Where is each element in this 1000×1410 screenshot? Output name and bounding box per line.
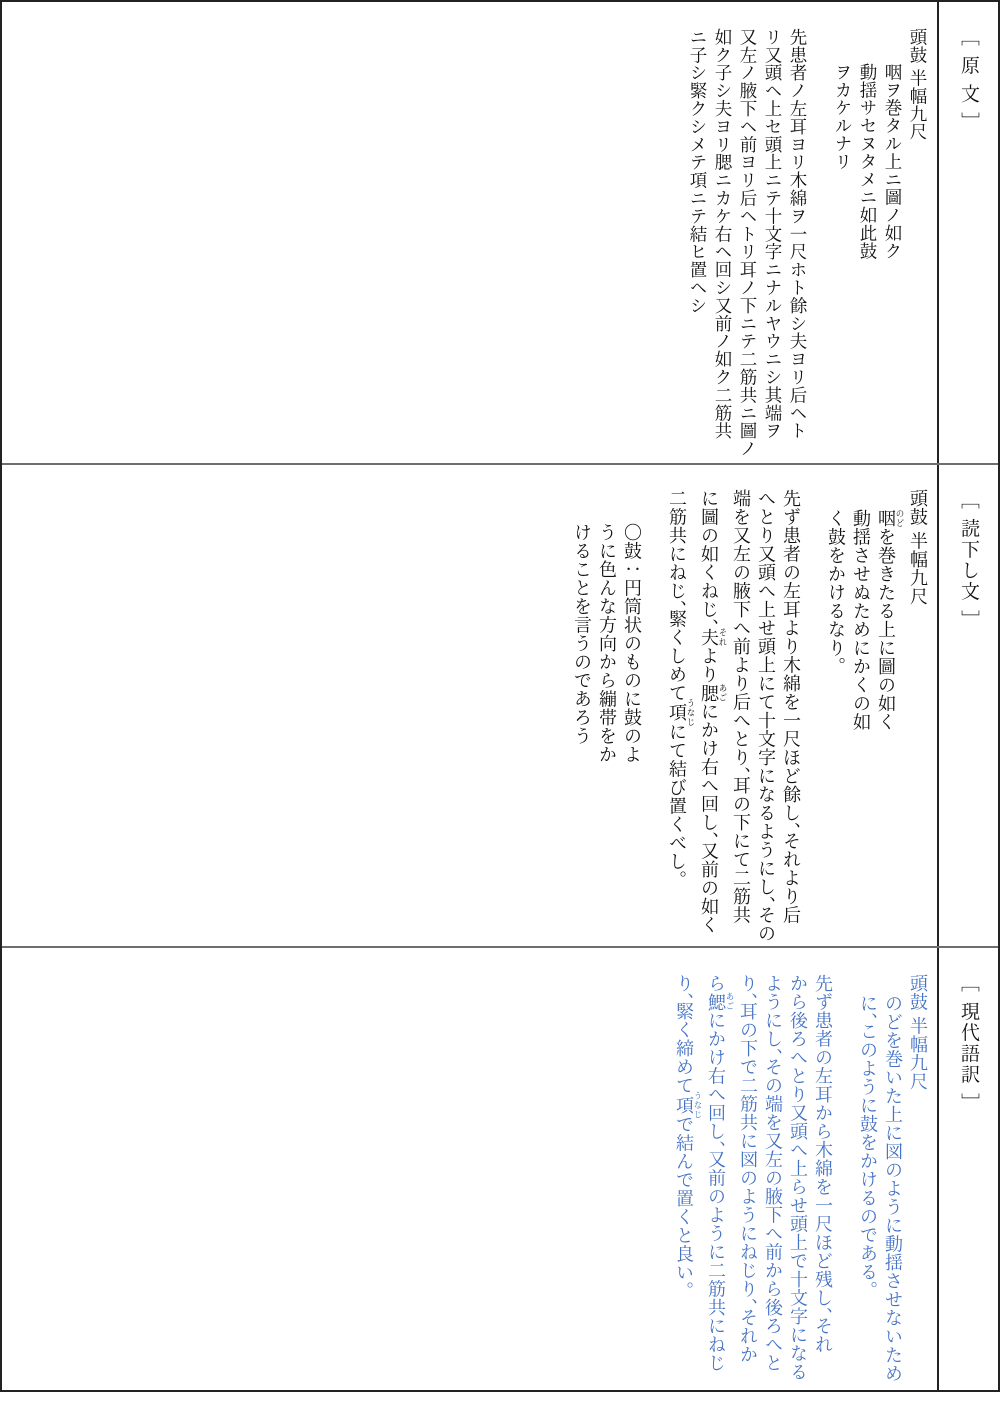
- punctuation: 。: [826, 657, 846, 667]
- punctuation: 、: [699, 832, 719, 842]
- punctuation: 、: [699, 619, 719, 629]
- punctuation: 、: [738, 993, 758, 1003]
- text-line: うに色んな方向から繃帯をか: [594, 489, 619, 940]
- blank-line: [835, 974, 855, 1384]
- punctuation: 、: [763, 1048, 783, 1058]
- punctuation: 。: [667, 871, 687, 881]
- section-modern: 頭鼓 半幅九尺のどを巻いた上に図のように動揺させないために、このように鼓をかける…: [2, 946, 998, 1390]
- text-line: 先患者ノ左耳ヨリ木綿ヲ一尺ホト餘シ夫ヨリ后ヘト: [785, 28, 810, 457]
- punctuation: 、: [858, 1012, 878, 1022]
- punctuation: 、: [781, 822, 801, 832]
- furigana: うなじ: [693, 1091, 703, 1120]
- punctuation: 、: [756, 896, 776, 906]
- original-label-column: ［ 原 文 ］: [937, 2, 998, 463]
- original-text: 頭鼓 半幅九尺咽ヲ巻タル上ニ圖ノ如ク動揺サセヌタメニ如此鼓ヲカケルナリ 先患者ノ…: [2, 2, 937, 463]
- text-line: リ又頭ヘ上セ頭上ニテ十文字ニナルヤウニシ其端ヲ: [760, 28, 785, 457]
- reading-label: ［ 読下し文 ］: [955, 465, 982, 631]
- ruby-term: 項うなじ: [674, 1095, 694, 1116]
- text-line: 二筋共にねじ、緊くしめて項うなじにて結び置くべし。: [664, 489, 696, 940]
- text-line: ヲカケルナリ: [830, 28, 855, 457]
- furigana: それ: [718, 628, 728, 647]
- text-line: のどを巻いた上に図のように動揺させないため: [880, 974, 905, 1384]
- ruby-term: 鰓あご: [706, 993, 726, 1012]
- modern-label: ［ 現代語訳 ］: [955, 948, 982, 1114]
- text-line: 端を又左の腋下へ前より后へとり、耳の下にて二筋共: [728, 489, 753, 940]
- document-page: 頭鼓 半幅九尺咽ヲ巻タル上ニ圖ノ如ク動揺サセヌタメニ如此鼓ヲカケルナリ 先患者ノ…: [0, 0, 1000, 1392]
- modern-translation-text: 頭鼓 半幅九尺のどを巻いた上に図のように動揺させないために、このように鼓をかける…: [2, 948, 937, 1390]
- punctuation: 、: [674, 993, 694, 1003]
- reading-label-column: ［ 読下し文 ］: [937, 465, 998, 946]
- text-line: に圖の如くねじ、夫それより腮あごにかけ右へ回し、又前の如く: [696, 489, 728, 940]
- text-line: 動揺させぬためにかくの如: [848, 489, 873, 940]
- punctuation: 、: [731, 767, 751, 777]
- text-line: から後ろへとり又頭へ上らせ頭上で十文字になる: [785, 974, 810, 1384]
- text-line: 動揺サセヌタメニ如此鼓: [855, 28, 880, 457]
- original-label: ［ 原 文 ］: [955, 2, 982, 133]
- text-line: けることを言うのであろう: [569, 489, 594, 940]
- text-line: へとり又頭へ上せ頭上にて十文字になるようにし、その: [753, 489, 778, 940]
- reading-text: 頭鼓 半幅九尺咽のどを巻きたる上に圖の如く動揺させぬためにかくの如く鼓をかけるな…: [2, 465, 937, 946]
- punctuation: 、: [706, 1141, 726, 1151]
- section-original: 頭鼓 半幅九尺咽ヲ巻タル上ニ圖ノ如ク動揺サセヌタメニ如此鼓ヲカケルナリ 先患者ノ…: [2, 2, 998, 463]
- text-line: 頭鼓 半幅九尺: [905, 974, 930, 1384]
- screenshot-root: { "page": { "background": "#ffffff", "ou…: [0, 0, 1000, 1410]
- blank-line: [803, 489, 823, 940]
- ruby-term: 腮あご: [699, 684, 719, 703]
- furigana: あご: [718, 684, 728, 703]
- text-line: 頭鼓 半幅九尺: [905, 489, 930, 940]
- furigana: のど: [895, 509, 905, 528]
- ruby-term: 夫それ: [699, 628, 719, 647]
- text-line: り、緊く締めて項うなじで結んで置くと良い。: [671, 974, 703, 1384]
- ruby-term: 項うなじ: [667, 702, 687, 723]
- blank-line: [644, 489, 664, 940]
- ruby-term: 咽のど: [876, 509, 896, 528]
- text-line: 咽ヲ巻タル上ニ圖ノ如ク: [880, 28, 905, 457]
- text-line: 〇鼓：円筒状のものに鼓のよ: [619, 489, 644, 940]
- text-line: く鼓をかけるなり。: [823, 489, 848, 940]
- furigana: うなじ: [686, 698, 696, 727]
- section-reading: 頭鼓 半幅九尺咽のどを巻きたる上に圖の如く動揺させぬためにかくの如く鼓をかけるな…: [2, 463, 998, 946]
- text-line: 先ず患者の左耳から木綿を一尺ほど残し、それ: [810, 974, 835, 1384]
- punctuation: 、: [667, 600, 687, 610]
- punctuation: 、: [813, 1307, 833, 1317]
- text-line: ら鰓あごにかけ右へ回し、又前のように二筋共にねじ: [703, 974, 735, 1384]
- punctuation: 。: [858, 1281, 878, 1291]
- text-line: 先ず患者の左耳より木綿を一尺ほど餘し、それより后: [778, 489, 803, 940]
- modern-label-column: ［ 現代語訳 ］: [937, 948, 998, 1390]
- blank-line: [810, 28, 830, 457]
- text-line: 咽のどを巻きたる上に圖の如く: [873, 489, 905, 940]
- text-line: に、このように鼓をかけるのである。: [855, 974, 880, 1384]
- text-line: り、耳の下で二筋共に図のようにねじり、それか: [735, 974, 760, 1384]
- text-line: ニ子シ緊クシメテ項ニテ結ヒ置ヘシ: [685, 28, 710, 457]
- text-line: 又左ノ腋下ヘ前ヨリ后ヘトリ耳ノ下ニテ二筋共ニ圖ノ: [735, 28, 760, 457]
- text-line: 頭鼓 半幅九尺: [905, 28, 930, 457]
- furigana: あご: [725, 992, 735, 1011]
- text-line: ようにし、その端を又左の腋下へ前から後ろへと: [760, 974, 785, 1384]
- text-line: 如ク子シ夫ヨリ腮ニカケ右ヘ回シ又前ノ如ク二筋共: [710, 28, 735, 457]
- punctuation: 、: [738, 1298, 758, 1308]
- punctuation: 。: [674, 1282, 694, 1292]
